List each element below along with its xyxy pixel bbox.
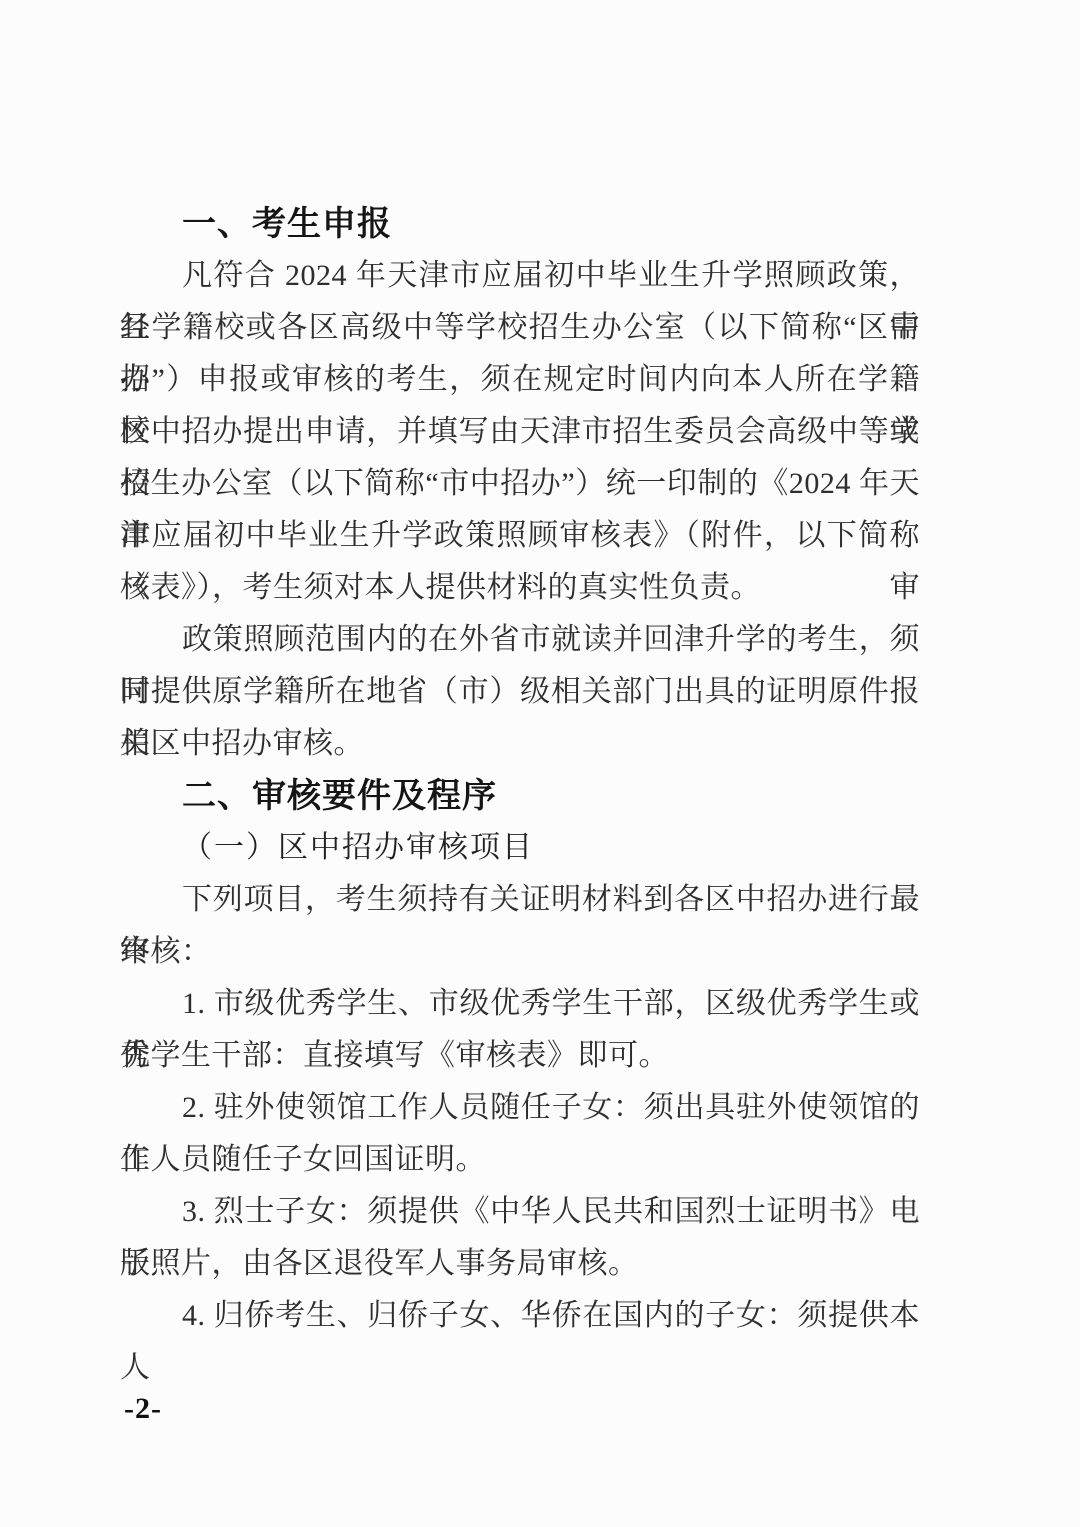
paragraph-line: 经学籍校或各区高级中等学校招生办公室（以下简称“区中招 (120, 302, 920, 354)
sub-heading: （一）区中招办审核项目 (120, 822, 920, 874)
paragraph-line: 区中招办提出申请，并填写由天津市招生委员会高级中等学校 (120, 406, 920, 458)
list-item-2-line: 2. 驻外使领馆工作人员随任子女：须出具驻外使领馆的工 (120, 1082, 920, 1134)
paragraph-line-end: 关区中招办审核。 (120, 718, 920, 770)
list-item-4-line: 4. 归侨考生、归侨子女、华侨在国内的子女：须提供本人 (120, 1290, 920, 1342)
section-heading-2: 二、审核要件及程序 (120, 770, 920, 822)
paragraph-line: 时提供原学籍所在地省（市）级相关部门出具的证明原件报相 (120, 666, 920, 718)
list-item-2-line-end: 作人员随任子女回国证明。 (120, 1134, 920, 1186)
list-item-1-line: 1. 市级优秀学生、市级优秀学生干部，区级优秀学生或优 (120, 978, 920, 1030)
section-heading-1: 一、考生申报 (120, 198, 920, 250)
paragraph-line: 市应届初中毕业生升学政策照顾审核表》（附件，以下简称《审 (120, 510, 920, 562)
list-item-3-line-end: 版照片，由各区退役军人事务局审核。 (120, 1238, 920, 1290)
paragraph-line: 招生办公室（以下简称“市中招办”）统一印制的《2024 年天津 (120, 458, 920, 510)
paragraph-line: 下列项目，考生须持有关证明材料到各区中招办进行最终 (120, 874, 920, 926)
document-page: 一、考生申报 凡符合 2024 年天津市应届初中毕业生升学照顾政策，且需 经学籍… (0, 0, 1080, 1527)
document-body: 一、考生申报 凡符合 2024 年天津市应届初中毕业生升学照顾政策，且需 经学籍… (120, 198, 920, 1342)
paragraph-line-end: 审核： (120, 926, 920, 978)
paragraph-line: 办”）申报或审核的考生，须在规定时间内向本人所在学籍校或 (120, 354, 920, 406)
list-item-1-line-end: 秀学生干部：直接填写《审核表》即可。 (120, 1030, 920, 1082)
paragraph-line: 政策照顾范围内的在外省市就读并回津升学的考生，须同 (120, 614, 920, 666)
page-number: -2- (124, 1392, 162, 1426)
list-item-3-line: 3. 烈士子女：须提供《中华人民共和国烈士证明书》电子 (120, 1186, 920, 1238)
paragraph-line: 凡符合 2024 年天津市应届初中毕业生升学照顾政策，且需 (120, 250, 920, 302)
